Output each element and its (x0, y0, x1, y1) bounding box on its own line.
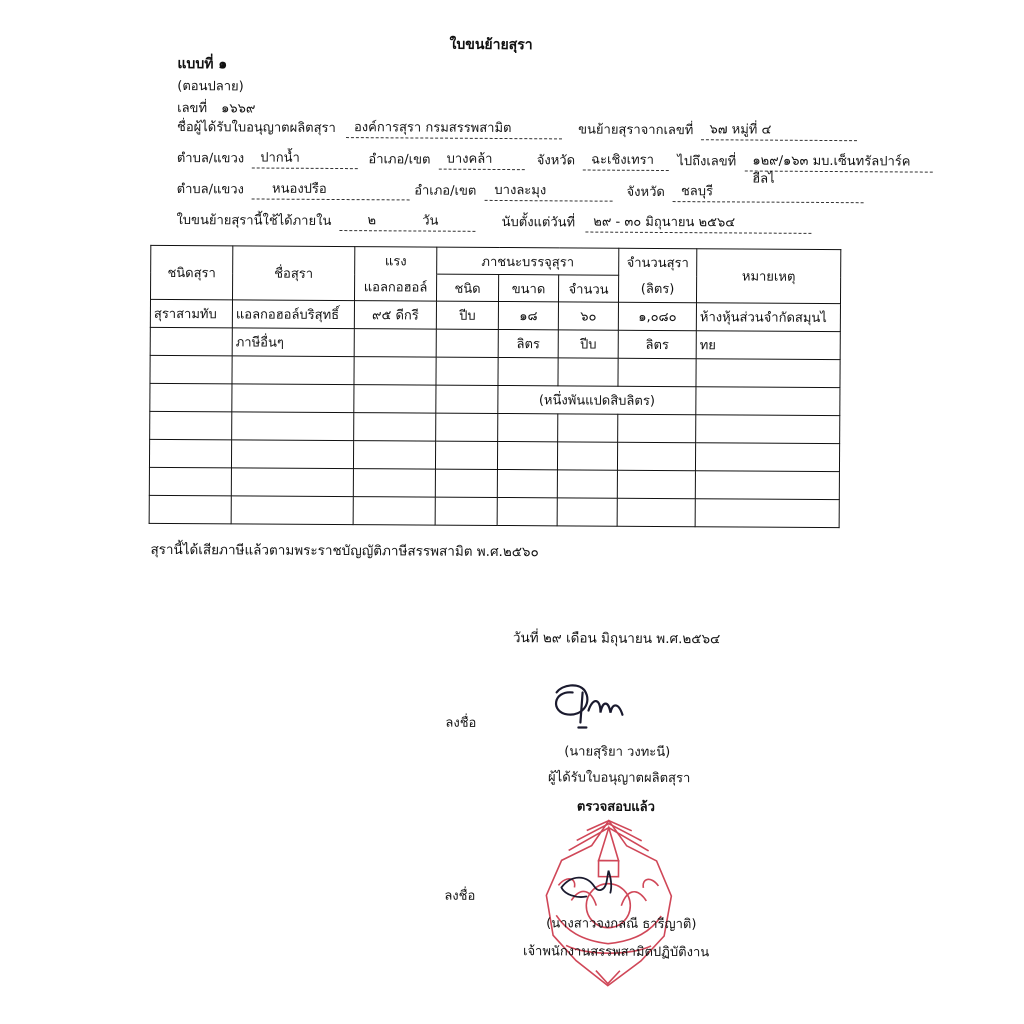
header-container: ภาชนะบรรจุสุรา (437, 247, 619, 275)
excise-department-seal-icon (536, 815, 682, 991)
to-district-label: อำเภอ/เขต (414, 182, 476, 200)
header-container-count: จำนวน (558, 275, 618, 302)
checked-label: ตรวจสอบแล้ว (577, 795, 655, 816)
liquor-transfer-table: ชนิดสุรา ชื่อสุรา แรง ภาชนะบรรจุสุรา จำน… (149, 245, 842, 528)
table-row: สุราสามทับ แอลกอฮอล์บริสุทธิ์ ๙๕ ดีกรี ป… (150, 299, 840, 331)
licensee-role: ผู้ได้รับใบอนุญาตผลิตสุรา (548, 766, 690, 788)
amount-in-words: (หนึ่งพันแปดสิบลิตร) (498, 385, 696, 414)
valid-days-field: ๒ วัน (339, 212, 475, 232)
cell-container-type (436, 329, 498, 357)
sign-label-2: ลงชื่อ (444, 885, 475, 906)
from-no-label: ขนย้ายสุราจากเลขที่ (578, 121, 693, 140)
licensee-line: ชื่อผู้ได้รับใบอนุญาตผลิตสุรา องค์การสุร… (177, 118, 858, 144)
officer-role: เจ้าพนักงานสรรพสามิตปฏิบัติงาน (523, 940, 709, 962)
from-province-field: ฉะเชิงเทรา (583, 152, 669, 172)
to-subdistrict-label: ตำบล/แขวง (177, 181, 244, 199)
from-district-field: บางคล้า (439, 151, 525, 171)
licensee-signature-icon (542, 672, 642, 733)
to-province-field: ชลบุรี (673, 183, 864, 203)
form-part: (ตอนปลาย) (177, 75, 244, 96)
table-row (150, 411, 840, 443)
document-title: ใบขนย้ายสุรา (449, 34, 532, 57)
form-number: แบบที่ ๑ (177, 53, 227, 75)
cell-count: ๖๐ (558, 302, 618, 330)
header-liquor-name: ชื่อสุรา (232, 246, 354, 301)
licensee-label: ชื่อผู้ได้รับใบอนุญาตผลิตสุรา (177, 119, 336, 138)
document-number-value: ๑๖๖๙ (221, 101, 255, 116)
valid-days-unit: วัน (422, 214, 438, 229)
cell-remarks: ห้างหุ้นส่วนจำกัดสมุนไ (696, 303, 840, 332)
officer-signature-icon (556, 862, 636, 902)
to-no-label: ไปถึงเลขที่ (677, 153, 736, 171)
from-district-label: อำเภอ/เขต (368, 151, 430, 169)
valid-days-value: ๒ (367, 213, 376, 228)
cell-size: ๑๘ (498, 301, 558, 329)
cell-count: ปีบ (558, 330, 618, 358)
officer-name: (นางสาวจงกลณี ธารีญาติ) (546, 912, 696, 934)
validity-line: ใบขนย้ายสุรานี้ใช้ได้ภายใน ๒ วัน นับตั้ง… (176, 211, 811, 237)
cell-remarks: ทย (696, 331, 840, 360)
cell-container-type: ปีบ (436, 301, 498, 329)
from-province-label: จังหวัด (537, 152, 575, 170)
cell-liquor-name: แอลกอฮอล์บริสุทธิ์ (232, 300, 354, 329)
table-row (150, 355, 840, 387)
from-subdistrict-field: ปากน้ำ (252, 149, 358, 169)
licensee-field: องค์การสุรา กรมสรรพสามิต (346, 119, 562, 139)
header-remarks: หมายเหตุ (697, 249, 841, 304)
table-row (149, 467, 839, 499)
origin-address-line: ตำบล/แขวง ปากน้ำ อำเภอ/เขต บางคล้า จังหว… (177, 149, 933, 176)
cell-liquor-name: ภาษีอื่นๆ (232, 328, 354, 357)
from-no-field: ๖๗ หมู่ที่ ๔ (701, 121, 857, 141)
from-date-field: ๒๙ - ๓๐ มิถุนายน ๒๕๖๔ (585, 214, 811, 234)
header-amount-1: จำนวนสุรา (619, 248, 697, 275)
header-strength-1: แรง (355, 247, 437, 275)
table-row (149, 495, 839, 527)
document-number: เลขที่ ๑๖๖๙ (177, 97, 255, 118)
cell-amount: ๑,๐๘๐ (618, 302, 696, 330)
to-subdistrict-field: หนองปรือ (252, 180, 410, 200)
cell-strength (354, 329, 436, 358)
to-district-field: บางละมุง (484, 182, 612, 202)
from-subdistrict-label: ตำบล/แขวง (177, 150, 244, 168)
table-header-row-1: ชนิดสุรา ชื่อสุรา แรง ภาชนะบรรจุสุรา จำน… (151, 245, 841, 276)
to-province-label: จังหวัด (627, 184, 665, 202)
cell-liquor-type: สุราสามทับ (150, 299, 232, 328)
excise-document-page: ใบขนย้ายสุรา แบบที่ ๑ (ตอนปลาย) เลขที่ ๑… (0, 0, 1024, 1024)
licensee-name: (นายสุริยา วงทะนี) (564, 740, 670, 762)
tax-paid-note: สุรานี้ได้เสียภาษีแล้วตามพระราชบัญญัติภา… (150, 538, 538, 562)
table-row (149, 439, 839, 471)
cell-size: ลิตร (498, 329, 558, 357)
issue-date: วันที่ ๒๙ เดือน มิถุนายน พ.ศ.๒๕๖๔ (513, 626, 720, 649)
header-liquor-type: ชนิดสุรา (150, 245, 232, 299)
document-number-label: เลขที่ (177, 101, 207, 116)
table-row: ภาษีอื่นๆ ลิตร ปีบ ลิตร ทย (150, 327, 840, 359)
to-no-field: ๑๒๙/๑๖๓ มบ.เซ็นทรัลปาร์คฮีลไ (744, 152, 932, 172)
cell-amount: ลิตร (618, 330, 696, 358)
from-date-label: นับตั้งแต่วันที่ (502, 214, 576, 232)
header-container-size: ขนาด (498, 274, 558, 301)
valid-label: ใบขนย้ายสุรานี้ใช้ได้ภายใน (176, 212, 331, 231)
header-container-type: ชนิด (436, 274, 498, 301)
cell-liquor-type (150, 327, 232, 356)
destination-address-line: ตำบล/แขวง หนองปรือ อำเภอ/เขต บางละมุง จั… (177, 180, 864, 206)
header-strength-2: แอลกอฮอล์ (354, 274, 436, 302)
sign-label-1: ลงชื่อ (445, 712, 476, 733)
table-row: (หนึ่งพันแปดสิบลิตร) (150, 383, 840, 415)
header-amount-2: (ลิตร) (619, 275, 697, 302)
cell-strength: ๙๕ ดีกรี (354, 301, 436, 330)
